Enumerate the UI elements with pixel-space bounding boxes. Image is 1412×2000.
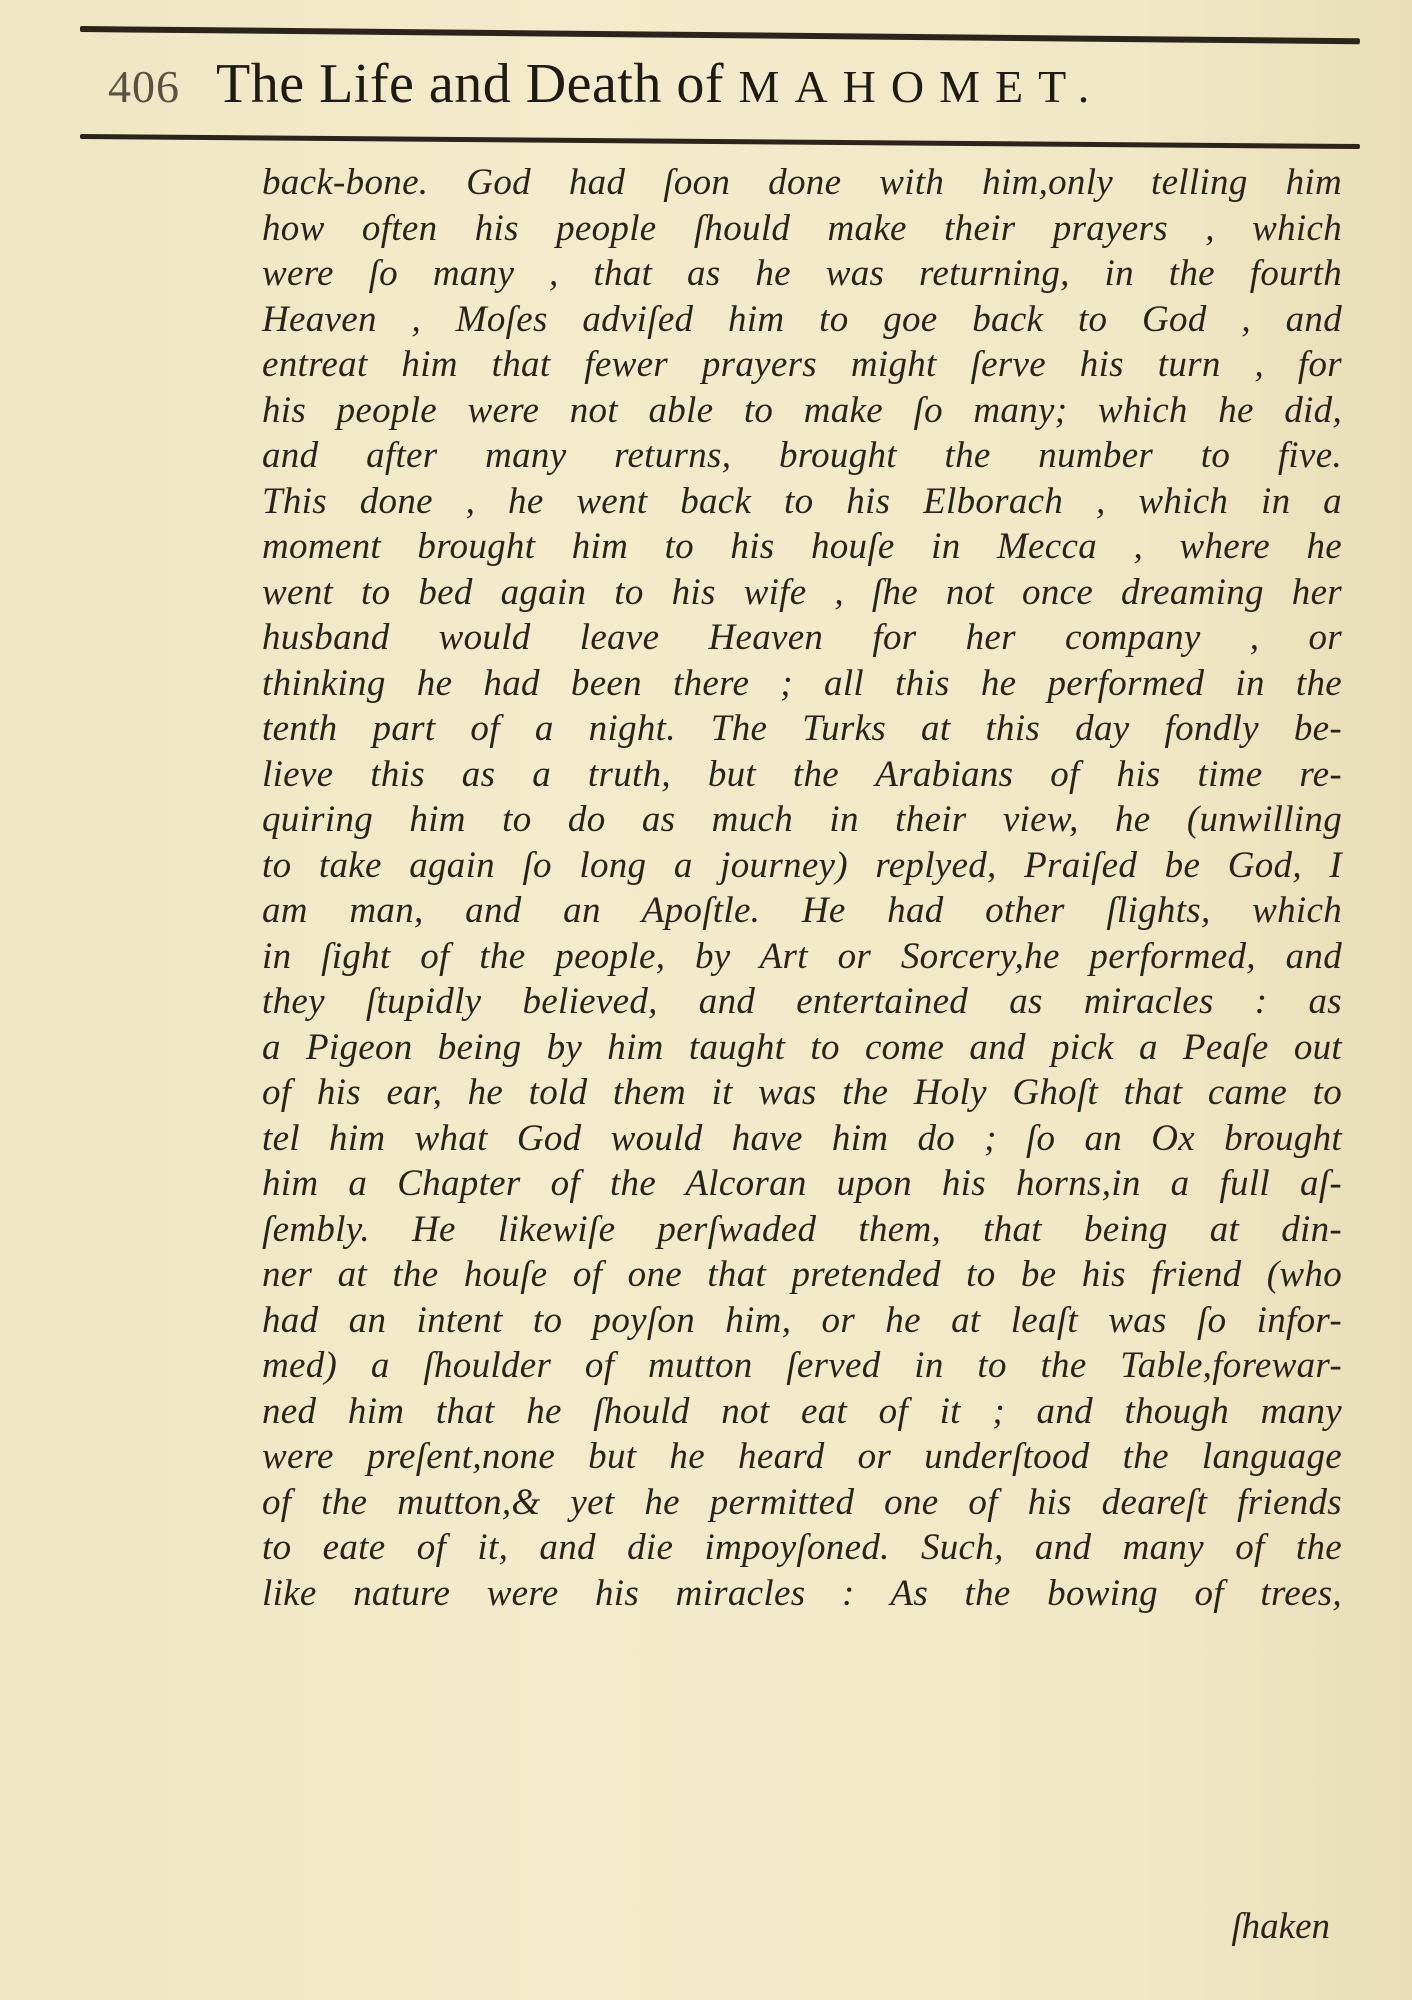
running-title: The Life and Death of MAHOMET. (216, 52, 1104, 116)
text-line: moment brought him to his houſe in Mecca… (262, 524, 1342, 570)
text-line: thinking he had been there ; all this he… (262, 661, 1342, 707)
text-line: to take again ſo long a journey) replyed… (262, 843, 1342, 889)
text-line: lieve this as a truth, but the Arabians … (262, 752, 1342, 798)
text-line: to eate of it, and die impoyſoned. Such,… (262, 1525, 1342, 1571)
header-rule-top (80, 26, 1360, 44)
text-line: a Pigeon being by him taught to come and… (262, 1025, 1342, 1071)
text-line: husband would leave Heaven for her compa… (262, 615, 1342, 661)
text-line: in ſight of the people, by Art or Sorcer… (262, 934, 1342, 980)
text-line: ner at the houſe of one that pretended t… (262, 1252, 1342, 1298)
text-line: were preſent,none but he heard or underſ… (262, 1434, 1342, 1480)
text-line: of the mutton,& yet he permitted one of … (262, 1480, 1342, 1526)
text-line: how often his people ſhould make their p… (262, 206, 1342, 252)
page-number: 406 (108, 60, 180, 113)
text-line: ſembly. He likewiſe perſwaded them, that… (262, 1207, 1342, 1253)
text-line: went to bed again to his wife , ſhe not … (262, 570, 1342, 616)
running-title-caps: MAHOMET. (739, 61, 1105, 112)
catchword: ſhaken (1231, 1905, 1330, 1948)
text-line: of his ear, he told them it was the Holy… (262, 1070, 1342, 1116)
text-line: him a Chapter of the Alcoran upon his ho… (262, 1161, 1342, 1207)
body-text: back-bone. God had ſoon done with him,on… (262, 160, 1342, 1616)
text-line: had an intent to poyſon him, or he at le… (262, 1298, 1342, 1344)
text-line: were ſo many , that as he was returning,… (262, 251, 1342, 297)
text-line: and after many returns, brought the numb… (262, 433, 1342, 479)
text-line: tenth part of a night. The Turks at this… (262, 706, 1342, 752)
text-line: quiring him to do as much in their view,… (262, 797, 1342, 843)
running-title-text: The Life and Death of (216, 53, 739, 115)
text-line: like nature were his miracles : As the b… (262, 1571, 1342, 1617)
text-line: tel him what God would have him do ; ſo … (262, 1116, 1342, 1162)
text-line: med) a ſhoulder of mutton ſerved in to t… (262, 1343, 1342, 1389)
text-line: am man, and an Apoſtle. He had other ſli… (262, 888, 1342, 934)
text-line: entreat him that fewer prayers might ſer… (262, 342, 1342, 388)
header-rule-bottom (80, 134, 1360, 149)
text-line: ned him that he ſhould not eat of it ; a… (262, 1389, 1342, 1435)
text-line: they ſtupidly believed, and entertained … (262, 979, 1342, 1025)
running-header: 406 The Life and Death of MAHOMET. (108, 52, 1308, 122)
text-line: his people were not able to make ſo many… (262, 388, 1342, 434)
text-line: Heaven , Moſes adviſed him to goe back t… (262, 297, 1342, 343)
text-line: This done , he went back to his Elborach… (262, 479, 1342, 525)
text-line: back-bone. God had ſoon done with him,on… (262, 160, 1342, 206)
